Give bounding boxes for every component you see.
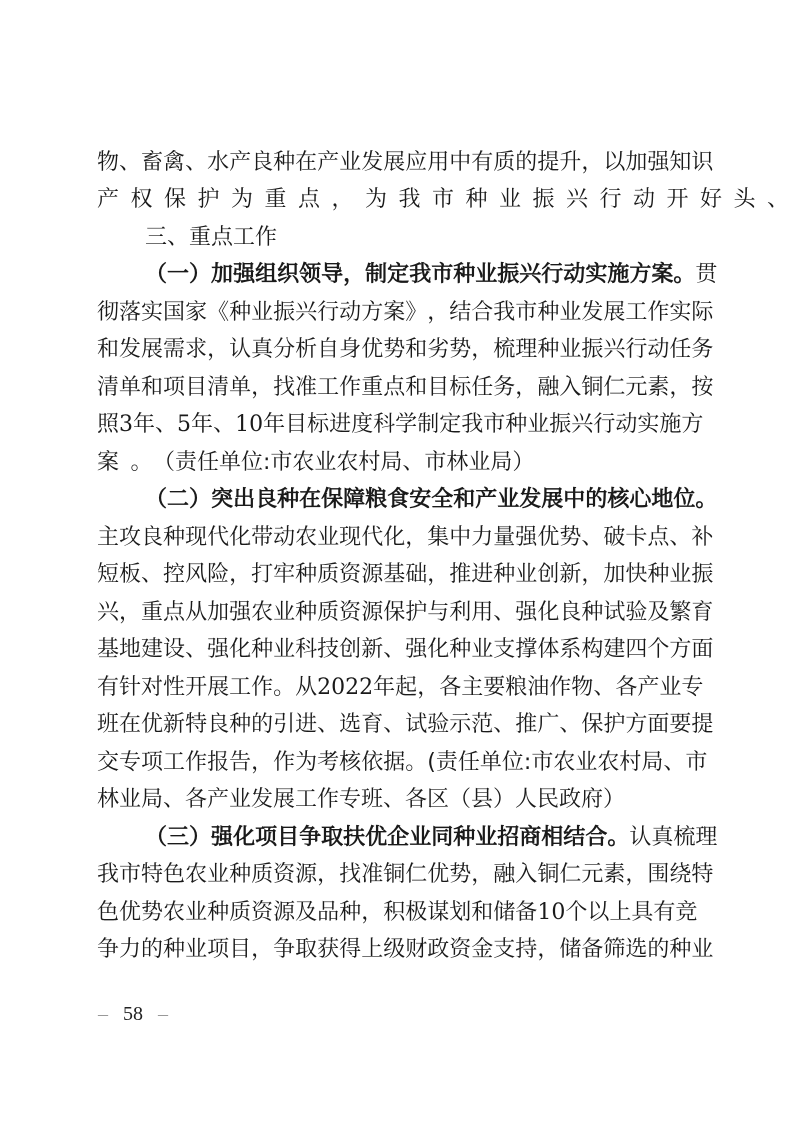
page-number: – 58 –: [98, 1003, 168, 1026]
page-number-dash-right: –: [158, 1003, 168, 1025]
text-line: 班在优新特良种的引进、选育、试验示范、推广、保护方面要提: [97, 710, 693, 740]
page-number-dash-left: –: [98, 1003, 108, 1025]
text-line: 案。（责任单位:市农业农村局、市林业局）: [97, 448, 693, 478]
responsibility-text: （责任单位:市农业农村局、市林业局）: [164, 450, 534, 475]
body-text: 产权保护为重点，为我市种业振兴行动开好头、起好步。: [97, 187, 793, 212]
responsibility-text: 三、重点工作: [145, 225, 277, 250]
responsibility-text: 林业局、各产业发展工作专班、各区（县）人民政府）: [97, 787, 625, 812]
text-line: （一）加强组织领导，制定我市种业振兴行动实施方案。贯: [145, 260, 693, 290]
text-line: 交专项工作报告，作为考核依据。(责任单位:市农业农村局、市: [97, 748, 693, 778]
text-line: （三）强化项目争取扶优企业同种业招商相结合。认真梳理: [145, 823, 693, 853]
section-heading: 三、重点工作: [145, 223, 693, 253]
text-line: 争力的种业项目，争取获得上级财政资金支持，储备筛选的种业: [97, 935, 693, 965]
document-page: 物、畜禽、水产良种在产业发展应用中有质的提升，以加强知识产权保护为重点，为我市种…: [0, 0, 793, 1122]
text-line: 物、畜禽、水产良种在产业发展应用中有质的提升，以加强知识: [97, 148, 693, 178]
text-line: 主攻良种现代化带动农业现代化，集中力量强优势、破卡点、补: [97, 523, 693, 553]
text-line: 色优势农业种质资源及品种，积极谋划和储备 10 个以上具有竞: [97, 898, 693, 928]
text-line: 照 3 年、5 年、10 年目标进度科学制定我市种业振兴行动实施方: [97, 410, 693, 440]
page-number-value: 58: [123, 1003, 143, 1025]
text-line: 产权保护为重点，为我市种业振兴行动开好头、起好步。: [97, 185, 693, 215]
text-line: 林业局、各产业发展工作专班、各区（县）人民政府）: [97, 785, 693, 815]
text-line: 和发展需求，认真分析自身优势和劣势，梳理种业振兴行动任务: [97, 335, 693, 365]
text-line: 我市特色农业种质资源，找准铜仁优势，融入铜仁元素，围绕特: [97, 860, 693, 890]
text-line: 短板、控风险，打牢种质资源基础，推进种业创新，加快种业振: [97, 560, 693, 590]
text-line: 有针对性开展工作。从 2022 年起，各主要粮油作物、各产业专: [97, 673, 693, 703]
text-line: 兴，重点从加强农业种质资源保护与利用、强化良种试验及繁育: [97, 598, 693, 628]
text-line: 基地建设、强化种业科技创新、强化种业支撑体系构建四个方面: [97, 635, 693, 665]
text-line: 清单和项目清单，找准工作重点和目标任务，融入铜仁元素，按: [97, 373, 693, 403]
text-line: （二）突出良种在保障粮食安全和产业发展中的核心地位。: [145, 485, 693, 515]
text-line: 彻落实国家《种业振兴行动方案》，结合我市种业发展工作实际: [97, 298, 693, 328]
body-text: 案。: [97, 450, 164, 475]
